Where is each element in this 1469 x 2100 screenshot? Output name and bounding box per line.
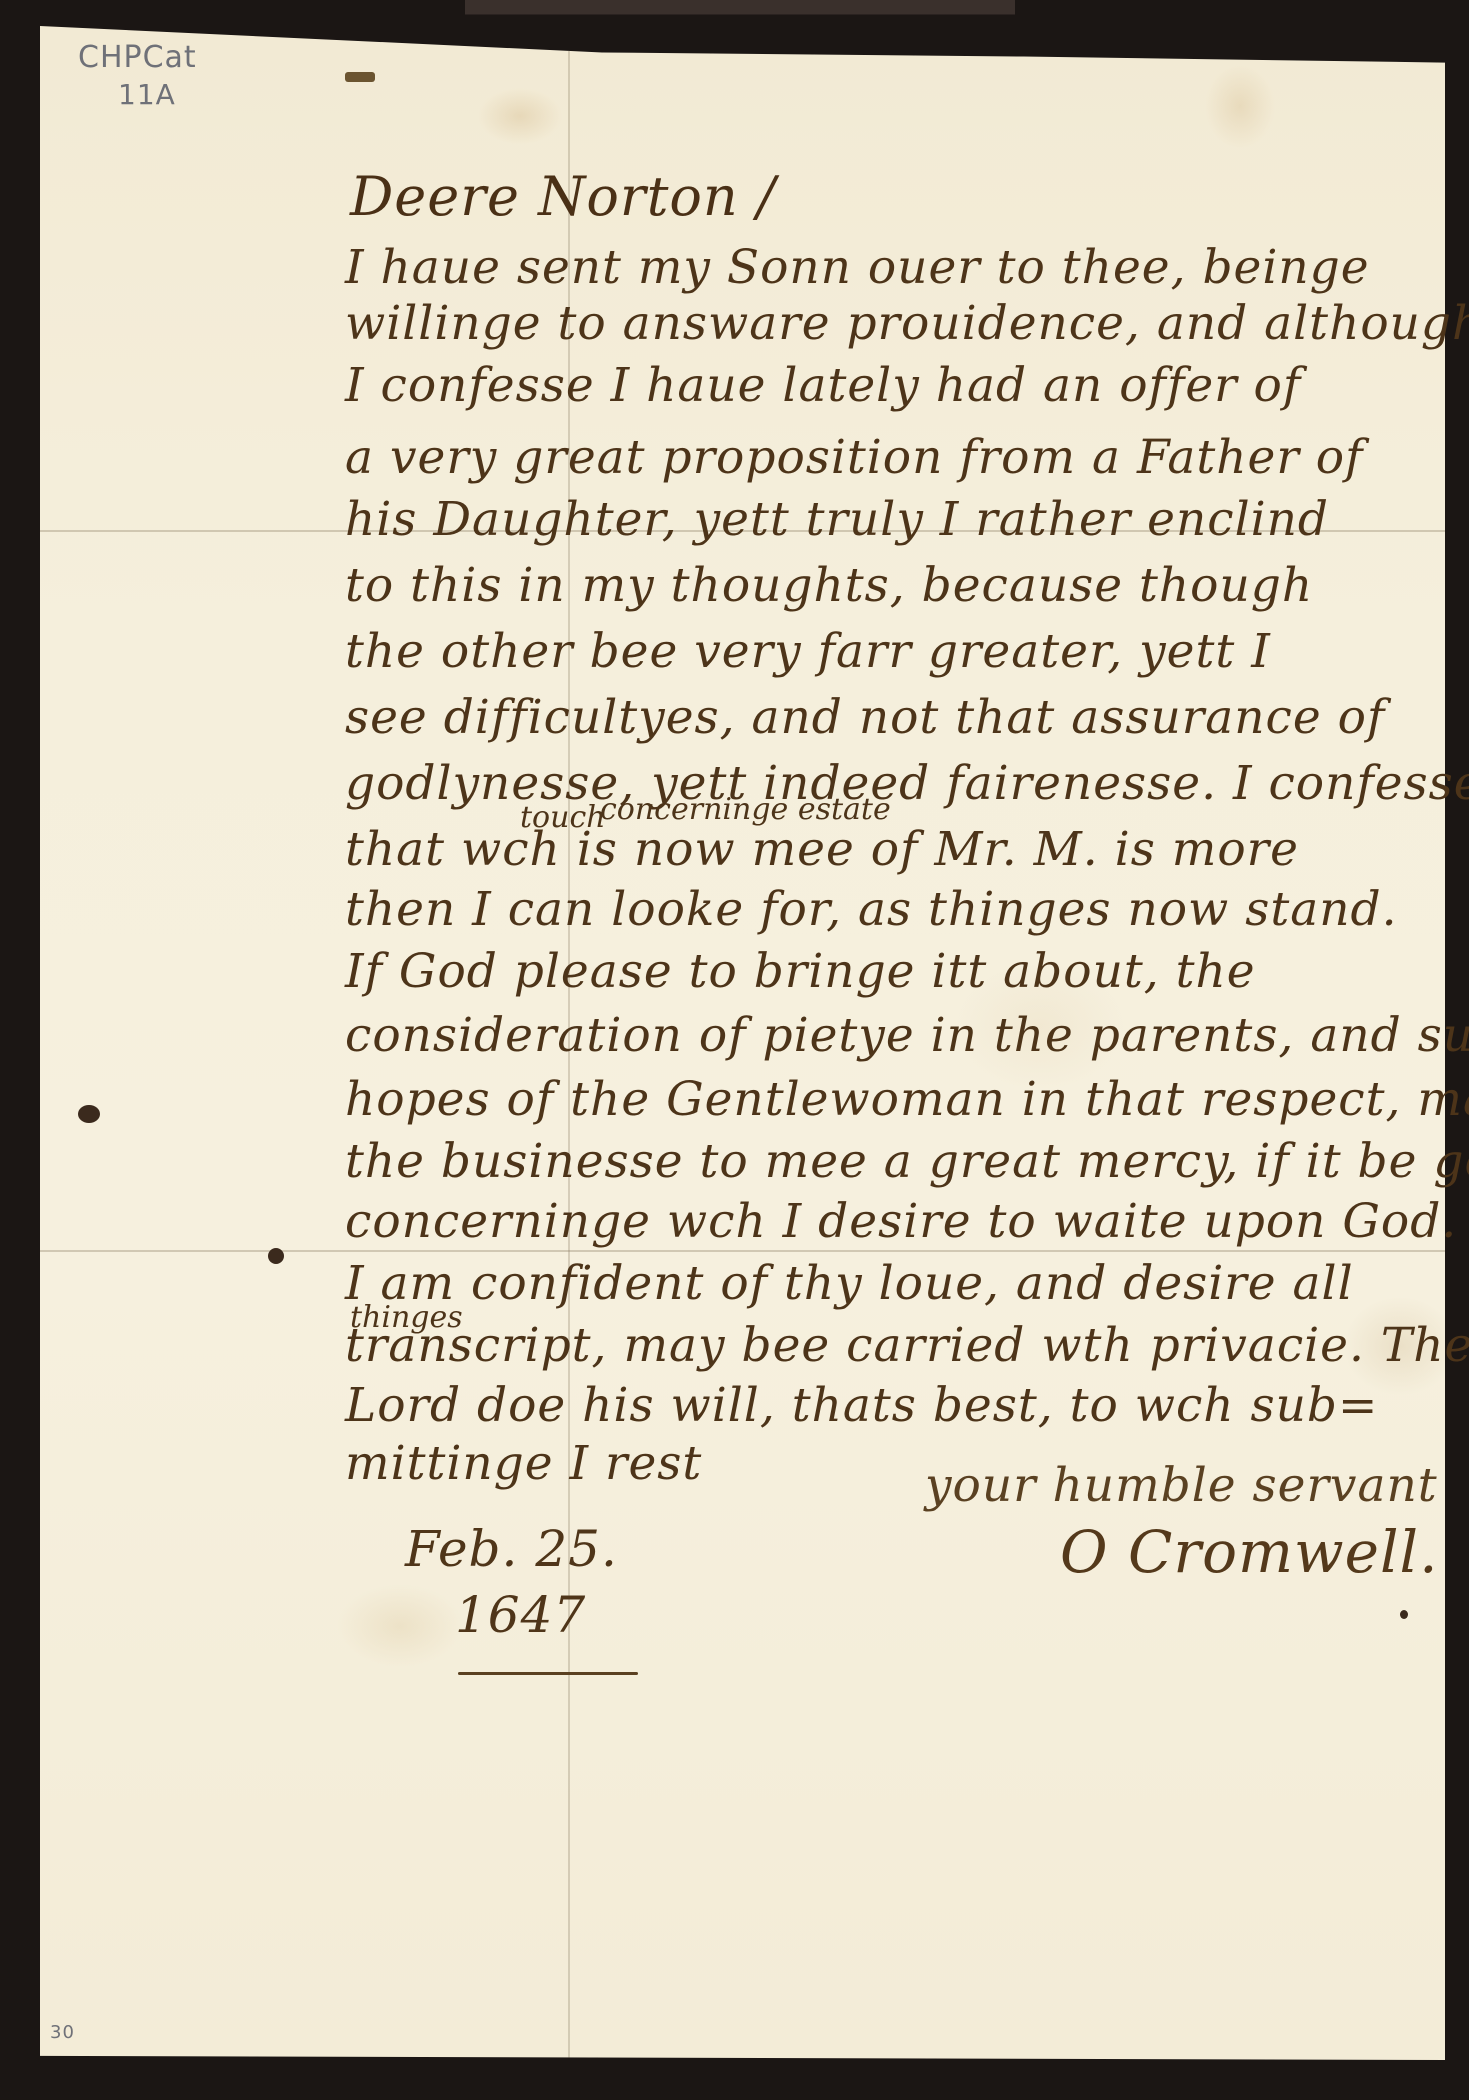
ink-mark-top bbox=[345, 72, 375, 82]
body-line-4: a very great proposition from a Father o… bbox=[345, 430, 1363, 485]
body-line-19: Lord doe his will, thats best, to wch su… bbox=[345, 1378, 1378, 1433]
body-line-20: mittinge I rest bbox=[345, 1436, 702, 1491]
date-underline bbox=[458, 1672, 638, 1675]
ink-blot-left-lower bbox=[268, 1248, 284, 1264]
body-line-17: I am confident of thy loue, and desire a… bbox=[345, 1256, 1354, 1311]
catalog-label: CHPCat bbox=[78, 40, 197, 75]
mounting-tab bbox=[465, 0, 1015, 15]
body-line-15: the businesse to mee a great mercy, if i… bbox=[345, 1134, 1469, 1189]
closing: your humble servant bbox=[925, 1458, 1438, 1513]
body-line-11: then I can looke for, as thinges now sta… bbox=[345, 882, 1398, 937]
catalog-number: 11A bbox=[118, 78, 176, 111]
body-line-16: concerninge wch I desire to waite upon G… bbox=[345, 1194, 1457, 1249]
body-line-18: transcript, may bee carried wth privacie… bbox=[345, 1318, 1469, 1373]
body-line-10: that wch is now mee of Mr. M. is more bbox=[345, 822, 1299, 877]
body-line-7: the other bee very farr greater, yett I bbox=[345, 624, 1271, 679]
body-line-9: godlynesse, yett indeed fairenesse. I co… bbox=[345, 756, 1469, 811]
ink-blot-left bbox=[78, 1105, 100, 1123]
body-line-2: willinge to answare prouidence, and alth… bbox=[345, 296, 1469, 351]
date-year: 1647 bbox=[455, 1586, 586, 1644]
date-day: Feb. 25. bbox=[405, 1520, 618, 1578]
fold-line-horizontal-lower bbox=[40, 1250, 1445, 1252]
body-line-14: hopes of the Gentlewoman in that respect… bbox=[345, 1072, 1469, 1127]
body-line-3: I confesse I haue lately had an offer of bbox=[345, 358, 1301, 413]
body-line-6: to this in my thoughts, because though bbox=[345, 558, 1313, 613]
body-line-1: I haue sent my Sonn ouer to thee, beinge bbox=[345, 240, 1370, 295]
ink-blot-right bbox=[1400, 1610, 1408, 1619]
body-line-8: see difficultyes, and not that assurance… bbox=[345, 690, 1385, 745]
body-line-5: his Daughter, yett truly I rather enclin… bbox=[345, 492, 1329, 547]
body-line-13: consideration of pietye in the parents, … bbox=[345, 1008, 1469, 1063]
signature: O Cromwell. bbox=[1060, 1518, 1439, 1586]
body-line-12: If God please to bringe itt about, the bbox=[345, 944, 1256, 999]
salutation: Deere Norton / bbox=[350, 165, 776, 228]
page-number: 30 bbox=[50, 2022, 75, 2043]
